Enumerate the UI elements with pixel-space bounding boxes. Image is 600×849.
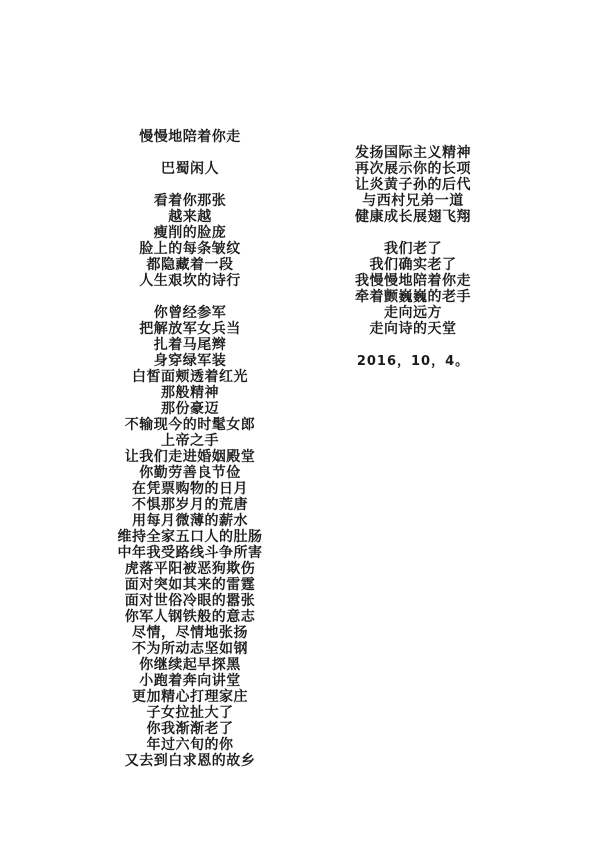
- document-page: 慢慢地陪着你走 巴蜀闲人 看着你那张越来越瘦削的脸庞脸上的每条皱纹都隐藏着一段人…: [0, 0, 600, 849]
- poem-line: 子女拉扯大了: [40, 706, 340, 722]
- poem-line: 用每月微薄的薪水: [40, 514, 340, 530]
- poem-title: 慢慢地陪着你走: [40, 130, 340, 146]
- poem-line: 让炎黄子孙的后代: [283, 178, 543, 194]
- poem-line: 小跑着奔向讲堂: [40, 674, 340, 690]
- poem-line: 不输现今的时髦女郎: [40, 418, 340, 434]
- poem-line: 与西村兄弟一道: [283, 194, 543, 210]
- poem-line: 你军人钢铁般的意志: [40, 610, 340, 626]
- poem-line: 那般精神: [40, 386, 340, 402]
- poem-line: 维持全家五口人的肚肠: [40, 530, 340, 546]
- poem-right-stanza-2: 我们老了我们确实老了我慢慢地陪着你走牵着颤巍巍的老手走向远方走向诗的天堂: [283, 242, 543, 338]
- poem-line: 健康成长展翅飞翔: [283, 210, 543, 226]
- poem-line: 走向诗的天堂: [283, 322, 543, 338]
- poem-line: 上帝之手: [40, 434, 340, 450]
- poem-line: 我们老了: [283, 242, 543, 258]
- poem-line: 发扬国际主义精神: [283, 146, 543, 162]
- poem-line: 面对世俗冷眼的嚣张: [40, 594, 340, 610]
- blank-line: [283, 338, 543, 354]
- poem-line: 我慢慢地陪着你走: [283, 274, 543, 290]
- poem-line: 年过六旬的你: [40, 738, 340, 754]
- poem-line: 牵着颤巍巍的老手: [283, 290, 543, 306]
- poem-stanza-2: 你曾经参军把解放军女兵当扎着马尾辫身穿绿军装白皙面颊透着红光那般精神那份豪迈不输…: [40, 306, 340, 770]
- poem-line: 面对突如其来的雷霆: [40, 578, 340, 594]
- poem-date: 2016，10，4。: [283, 354, 543, 370]
- poem-line: 你我渐渐老了: [40, 722, 340, 738]
- poem-line: 尽情，尽情地张扬: [40, 626, 340, 642]
- poem-line: 我们确实老了: [283, 258, 543, 274]
- poem-right-column: 发扬国际主义精神再次展示你的长项让炎黄子孙的后代与西村兄弟一道健康成长展翅飞翔 …: [283, 146, 543, 370]
- poem-line: 不为所动志坚如钢: [40, 642, 340, 658]
- poem-line: 你继续起早探黑: [40, 658, 340, 674]
- poem-line: 那份豪迈: [40, 402, 340, 418]
- blank-line: [283, 226, 543, 242]
- poem-line: 虎落平阳被恶狗欺伤: [40, 562, 340, 578]
- poem-line: 中年我受路线斗争所害: [40, 546, 340, 562]
- poem-line: 更加精心打理家庄: [40, 690, 340, 706]
- poem-line: 在凭票购物的日月: [40, 482, 340, 498]
- poem-line: 不惧那岁月的荒唐: [40, 498, 340, 514]
- poem-line: 让我们走进婚姻殿堂: [40, 450, 340, 466]
- poem-line: 你勤劳善良节俭: [40, 466, 340, 482]
- poem-line: 走向远方: [283, 306, 543, 322]
- poem-right-stanza-1: 发扬国际主义精神再次展示你的长项让炎黄子孙的后代与西村兄弟一道健康成长展翅飞翔: [283, 146, 543, 226]
- poem-line: 白皙面颊透着红光: [40, 370, 340, 386]
- poem-line: 再次展示你的长项: [283, 162, 543, 178]
- poem-line: 又去到白求恩的故乡: [40, 754, 340, 770]
